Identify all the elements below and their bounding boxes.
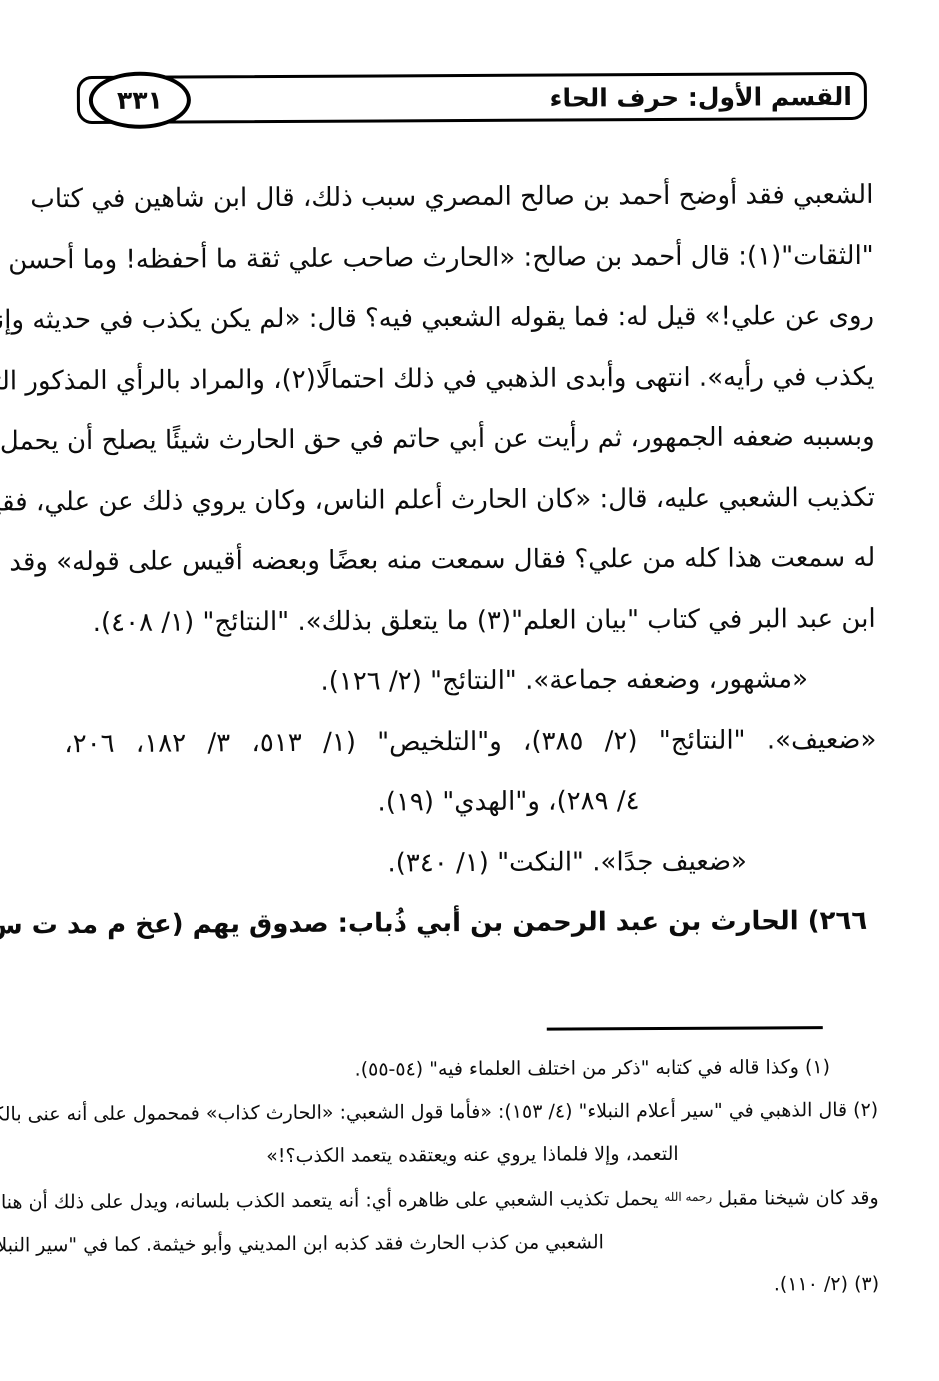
body-line-1: الشعبي فقد أوضح أحمد بن صالح المصري سبب … [61,165,873,230]
body-line-9: «مشهور، وضعفه جماعة». "النتائج" (٢/ ١٢٦)… [64,649,808,713]
footnote-3: (٣) (٢/ ١١٠). [67,1263,879,1310]
entry-heading-266: ٢٦٦) الحارث بن عبد الرحمن بن أبي ذُباب: … [65,891,867,956]
footnote-1: (١) وكذا قاله في كتابه "ذكر من اختلف الع… [66,1046,830,1093]
book-page: القسم الأول: حرف الحاء ٣٣١ الشعبي فقد أو… [0,0,939,1381]
footnote-2-text-pre: وقد كان شيخنا مقبل [718,1187,879,1210]
body-line-11: ٤/ ٢٨٩)، و"الهدي" (١٩). [64,771,639,835]
rahimahullah-mark: رحمه الله [664,1190,712,1204]
body-line-4: يكذب في رأيه». انتهى وأبدى الذهبي في ذلك… [62,346,874,411]
body-line-7: له سمعت هذا كله من علي؟ فقال سمعت منه بع… [63,528,875,593]
body-line-8: ابن عبد البر في كتاب "بيان العلم"(٣) ما … [63,588,875,653]
body-text: الشعبي فقد أوضح أحمد بن صالح المصري سبب … [61,165,877,956]
footnotes: (١) وكذا قاله في كتابه "ذكر من اختلف الع… [66,1046,879,1310]
page-number: ٣٣١ [117,86,163,115]
footnote-2-line-1: (٢) قال الذهبي في "سير أعلام النبلاء" (٤… [66,1089,878,1136]
body-line-12: «ضعيف جدًا». "النكت" (١/ ٣٤٠). [65,831,747,895]
footnote-2-line-4: الشعبي من كذب الحارث فقد كذبه ابن المدين… [67,1221,604,1267]
section-title: القسم الأول: حرف الحاء [550,81,852,112]
body-line-5: وبسببه ضعفه الجمهور، ثم رأيت عن أبي حاتم… [63,407,875,472]
footnote-2-line-2: التعمد، وإلا فلماذا يروي عنه ويعتقده يتع… [66,1132,878,1179]
page-number-badge: ٣٣١ [89,71,191,129]
page-sheet: القسم الأول: حرف الحاء ٣٣١ الشعبي فقد أو… [0,0,939,1381]
footnote-2-text-post: يحمل تكذيب الشعبي على ظاهره أي: أنه يتعم… [0,1188,658,1214]
body-line-3: روى عن علي!» قيل له: فما يقوله الشعبي في… [62,286,874,351]
footnote-2-line-3: وقد كان شيخنا مقبل رحمه الله يحمل تكذيب … [67,1175,879,1224]
body-line-6: تكذيب الشعبي عليه، قال: «كان الحارث أعلم… [63,467,875,532]
body-line-10: «ضعيف». "النتائج" (٢/ ٣٨٥)، و"التلخيص" (… [64,709,876,774]
page-header: القسم الأول: حرف الحاء [77,72,867,124]
footnote-separator [547,1026,823,1030]
body-line-2: "الثقات"(١): قال أحمد بن صالح: «الحارث ص… [62,225,874,290]
